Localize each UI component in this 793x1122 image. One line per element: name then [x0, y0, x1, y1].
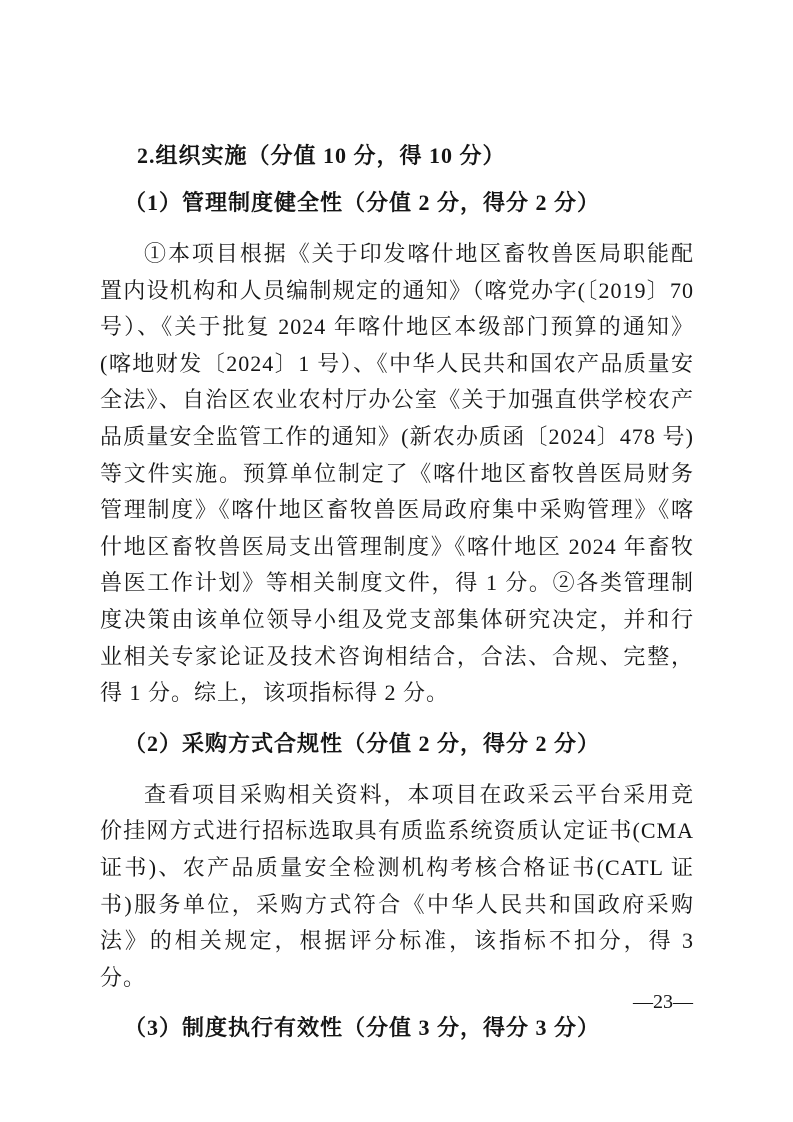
paragraph-procurement-method-compliance: 查看项目采购相关资料，本项目在政采云平台采用竞价挂网方式进行招标选取具有质监系统… — [100, 777, 694, 997]
paragraph-management-system-completeness: ①本项目根据《关于印发喀什地区畜牧兽医局职能配置内设机构和人员编制规定的通知》（… — [100, 236, 694, 712]
page-number: —23— — [633, 990, 693, 1014]
subheading-management-system-completeness: （1）管理制度健全性（分值 2 分，得分 2 分） — [100, 184, 694, 221]
heading-organization-implementation: 2.组织实施（分值 10 分，得 10 分） — [100, 137, 694, 174]
page-content: 2.组织实施（分值 10 分，得 10 分） （1）管理制度健全性（分值 2 分… — [100, 137, 694, 1046]
subheading-system-execution-effectiveness: （3）制度执行有效性（分值 3 分，得分 3 分） — [100, 1009, 694, 1046]
document-page: 2.组织实施（分值 10 分，得 10 分） （1）管理制度健全性（分值 2 分… — [0, 0, 793, 1122]
subheading-procurement-method-compliance: （2）采购方式合规性（分值 2 分，得分 2 分） — [100, 725, 694, 762]
